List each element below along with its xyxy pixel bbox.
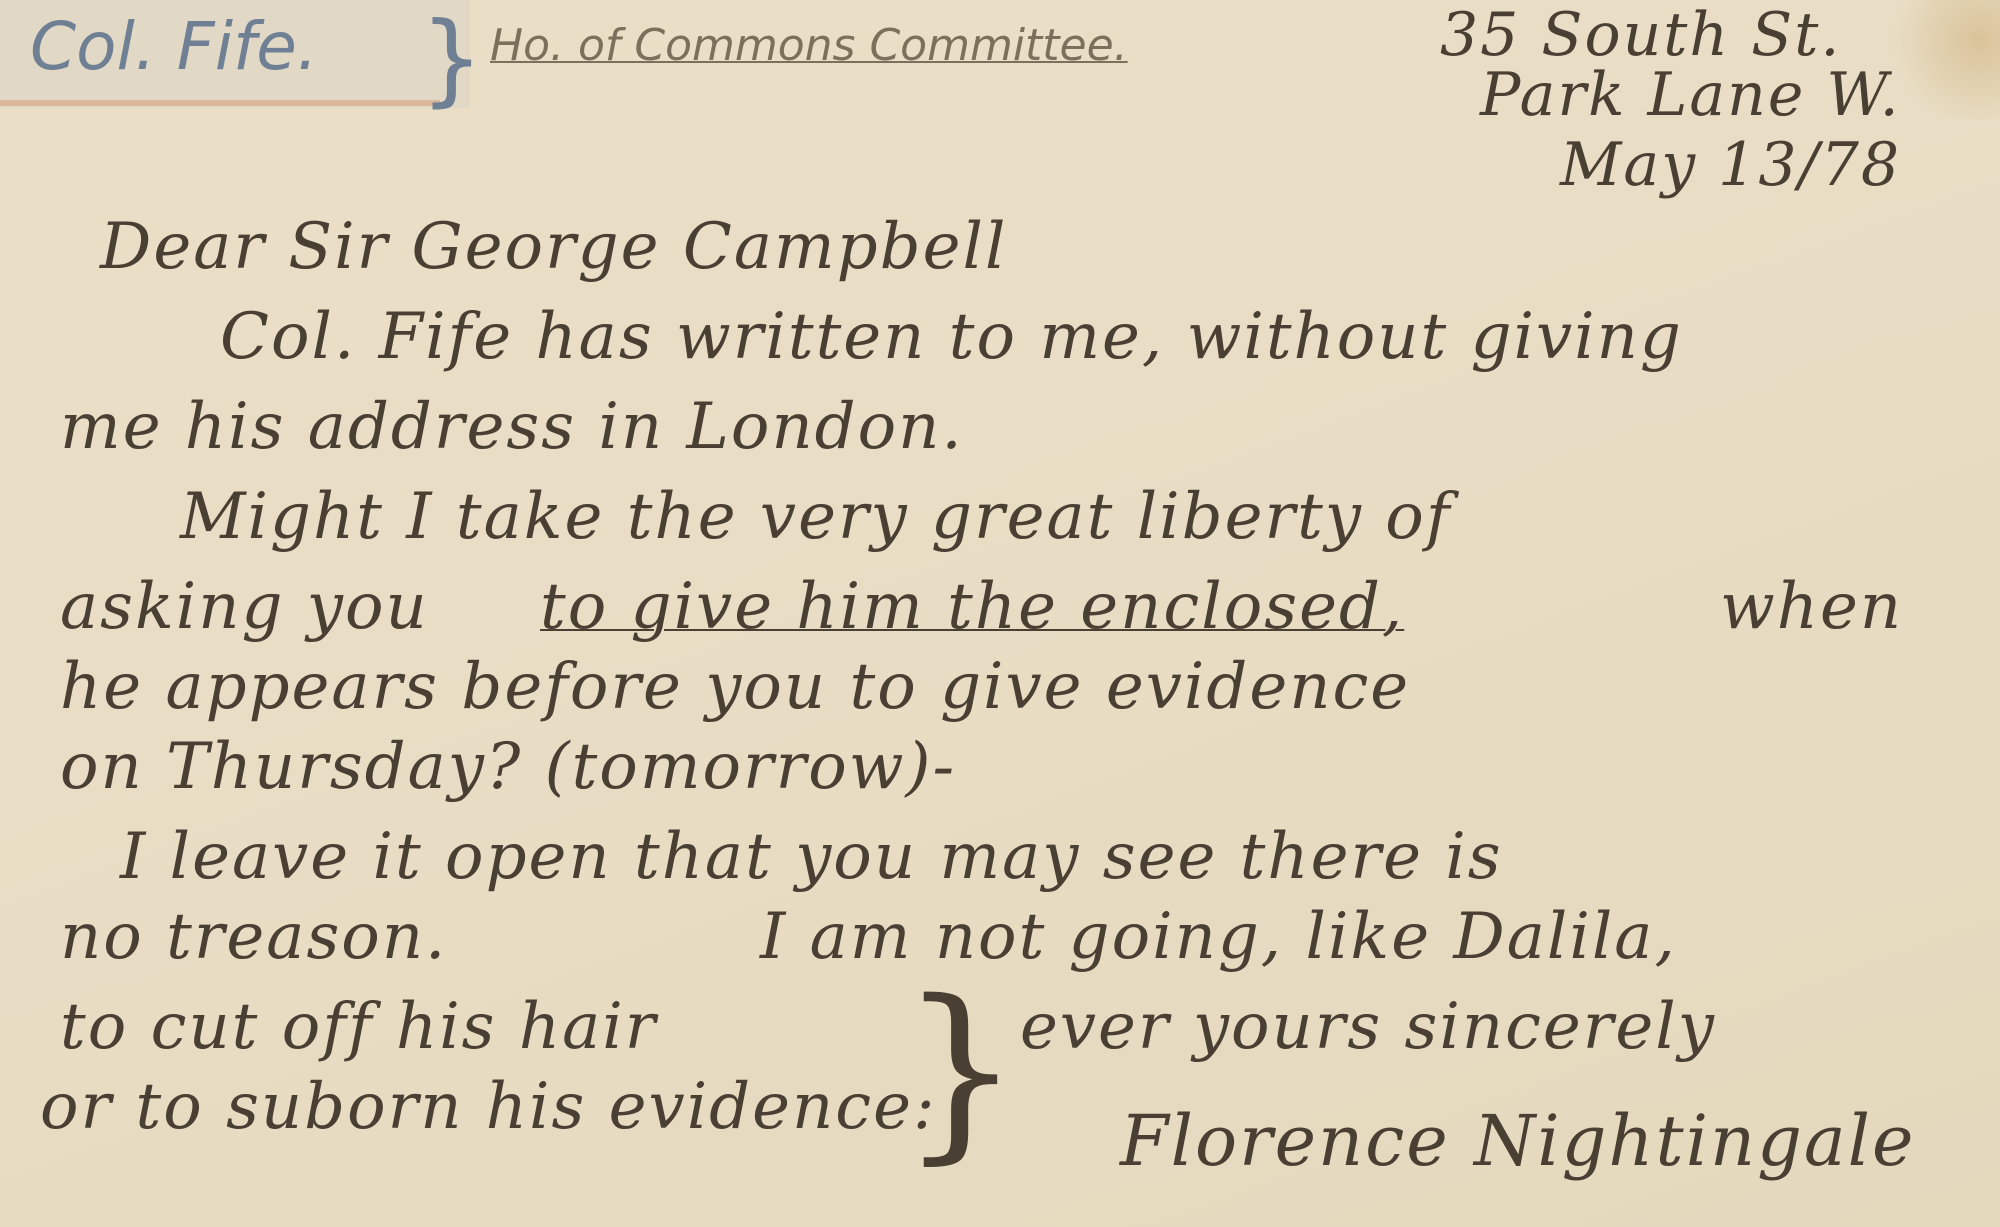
body-line: he appears before you to give evidence bbox=[60, 650, 1410, 724]
annotation-name: Col. Fife. bbox=[30, 8, 318, 85]
body-line: Might I take the very great liberty of bbox=[180, 480, 1452, 554]
body-line-underlined: to give him the enclosed, bbox=[540, 570, 1404, 644]
address-line-2: Park Lane W. bbox=[1480, 60, 1901, 130]
valediction: ever yours sincerely bbox=[1020, 990, 1716, 1064]
body-line: asking you bbox=[60, 570, 429, 644]
body-line: me his address in London. bbox=[60, 390, 964, 464]
red-pencil-mark bbox=[0, 100, 440, 106]
body-line: to cut off his hair bbox=[60, 990, 657, 1064]
annotation-subject: Ho. of Commons Committee. bbox=[490, 20, 1128, 71]
body-line: on Thursday? (tomorrow)- bbox=[60, 730, 956, 804]
body-line: when bbox=[1720, 570, 1903, 644]
signature: Florence Nightingale bbox=[1120, 1100, 1915, 1182]
body-line: or to suborn his evidence: bbox=[40, 1070, 937, 1144]
body-line: no treason. bbox=[60, 900, 447, 974]
body-line: I leave it open that you may see there i… bbox=[120, 820, 1503, 894]
letter-date: May 13/78 bbox=[1560, 130, 1901, 200]
letter-page: Col. Fife. } Ho. of Commons Committee. 3… bbox=[0, 0, 2000, 1227]
body-line: I am not going, like Dalila, bbox=[760, 900, 1677, 974]
salutation: Dear Sir George Campbell bbox=[100, 210, 1007, 284]
closing-brace: } bbox=[900, 960, 1023, 1181]
annotation-brace: } bbox=[420, 0, 484, 117]
body-line: Col. Fife has written to me, without giv… bbox=[220, 300, 1683, 374]
